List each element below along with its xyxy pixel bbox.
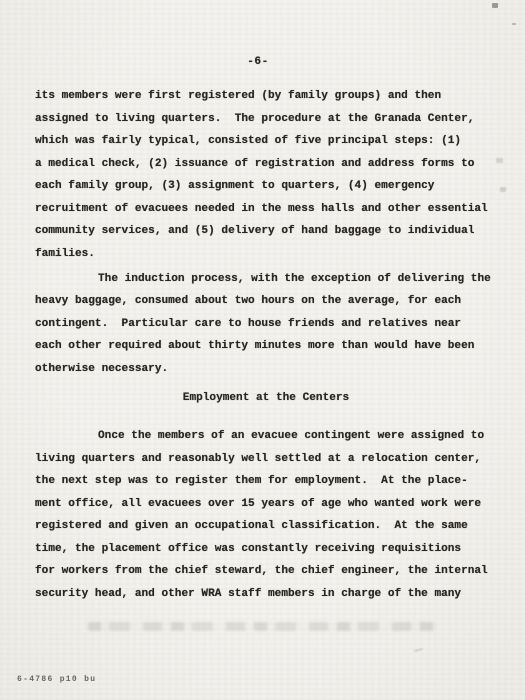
footer-archive-code: 6-4786 p10 bu xyxy=(17,674,96,685)
paragraph: Once the members of an evacuee contingen… xyxy=(35,425,497,605)
text-line: security head, and other WRA staff membe… xyxy=(35,583,497,606)
text-line: contingent. Particular care to house fri… xyxy=(35,313,497,336)
text-line: recruitment of evacuees needed in the me… xyxy=(35,198,497,221)
paragraph: The induction process, with the exceptio… xyxy=(35,268,497,381)
text-line: ment office, all evacuees over 15 years … xyxy=(35,493,497,516)
text-line: which was fairly typical, consisted of f… xyxy=(35,130,497,153)
section-heading: Employment at the Centers xyxy=(35,387,497,410)
text-line: families. xyxy=(35,243,497,266)
text-line: time, the placement office was constantl… xyxy=(35,538,497,561)
text-line: Once the members of an evacuee contingen… xyxy=(35,425,497,448)
bleedthrough-smudge xyxy=(88,622,438,631)
scan-speck xyxy=(414,648,423,652)
text-line: for workers from the chief steward, the … xyxy=(35,560,497,583)
scan-speck xyxy=(496,158,503,163)
document-body: its members were first registered (by fa… xyxy=(35,85,497,605)
text-line: the next step was to register them for e… xyxy=(35,470,497,493)
text-line: living quarters and reasonably well sett… xyxy=(35,448,497,471)
text-line: assigned to living quarters. The procedu… xyxy=(35,108,497,131)
text-line: each family group, (3) assignment to qua… xyxy=(35,175,497,198)
text-line: otherwise necessary. xyxy=(35,358,497,381)
scan-speck xyxy=(512,23,516,25)
text-line: each other required about thirty minutes… xyxy=(35,335,497,358)
text-line: The induction process, with the exceptio… xyxy=(35,268,497,291)
text-line: a medical check, (2) issuance of registr… xyxy=(35,153,497,176)
text-line: heavy baggage, consumed about two hours … xyxy=(35,290,497,313)
heading-text: Employment at the Centers xyxy=(35,387,497,410)
paragraph: its members were first registered (by fa… xyxy=(35,85,497,265)
scanned-document-page: -6- its members were first registered (b… xyxy=(0,0,525,700)
page-number: -6- xyxy=(0,51,516,74)
text-line: community services, and (5) delivery of … xyxy=(35,220,497,243)
scan-speck xyxy=(500,187,506,192)
text-line: its members were first registered (by fa… xyxy=(35,85,497,108)
scan-speck xyxy=(492,3,498,8)
text-line: registered and given an occupational cla… xyxy=(35,515,497,538)
